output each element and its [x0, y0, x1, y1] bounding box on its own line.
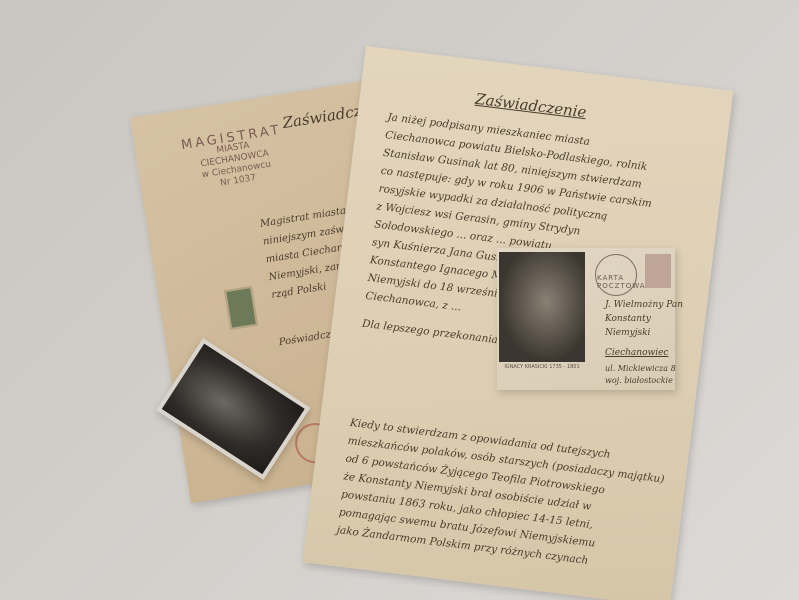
portrait-caption: IGNACY KRASICKI 1735 - 1801	[499, 364, 585, 370]
portrait-image	[499, 252, 585, 362]
address-line: ul. Mickiewicza 8	[605, 364, 676, 373]
address-line: Ciechanowiec	[605, 348, 668, 358]
postcard: IGNACY KRASICKI 1735 - 1801 KARTA POCZTO…	[497, 248, 675, 390]
address-line: Konstanty	[605, 314, 651, 324]
text-line: rząd Polski	[271, 281, 328, 301]
document-title: Zaświadczenie	[474, 90, 587, 121]
address-line: Niemyjski	[605, 328, 650, 338]
revenue-stamp-icon	[224, 286, 258, 330]
letterhead-stamp: MAGISTRAT MIASTA CIECHANOWCA w Ciechanow…	[156, 121, 313, 199]
postage-stamp-icon	[645, 254, 671, 288]
text-line: Dla lepszego przekonania ...	[361, 318, 511, 348]
address-line: J. Wielmożny Pan	[605, 300, 683, 310]
address-line: woj. białostockie	[605, 376, 673, 385]
